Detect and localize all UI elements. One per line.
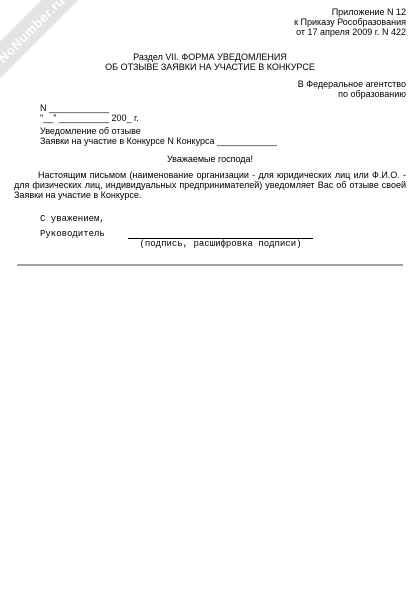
annex-line: к Приказу Рособразования [294,17,406,27]
annex-line: Приложение N 12 [294,7,406,17]
title-line: Раздел VII. ФОРМА УВЕДОМЛЕНИЯ [0,52,420,62]
date-blank-line: "__" __________ 200_ г. [40,113,277,123]
addressee-block: В Федеральное агентство по образованию [298,79,406,99]
form-fields-block: N ____________ "__" __________ 200_ г. У… [40,103,277,146]
watermark-ribbon: NoNumber.ru [0,0,93,91]
addressee-line: по образованию [298,89,406,99]
document-page: NoNumber.ru Приложение N 12 к Приказу Ро… [0,0,420,600]
notice-line: Заявки на участие в Конкурсе N Конкурса … [40,136,277,146]
addressee-line: В Федеральное агентство [298,79,406,89]
salutation: Уважаемые господа! [0,154,420,164]
annex-reference-block: Приложение N 12 к Приказу Рособразования… [294,7,406,37]
title-line: ОБ ОТЗЫВЕ ЗАЯВКИ НА УЧАСТИЕ В КОНКУРСЕ [0,62,420,72]
signature-caption: (подпись, расшифровка подписи) [139,239,301,249]
number-blank-line: N ____________ [40,103,277,113]
signature-line: (подпись, расшифровка подписи) [128,238,313,249]
document-title: Раздел VII. ФОРМА УВЕДОМЛЕНИЯ ОБ ОТЗЫВЕ … [0,52,420,72]
annex-line: от 17 апреля 2009 г. N 422 [294,27,406,37]
closing-line: С уважением, [40,214,105,224]
signer-role: Руководитель [40,229,105,239]
notice-line: Уведомление об отзыве [40,126,277,136]
horizontal-separator [17,264,403,266]
body-paragraph: Настоящим письмом (наименование организа… [14,170,406,200]
